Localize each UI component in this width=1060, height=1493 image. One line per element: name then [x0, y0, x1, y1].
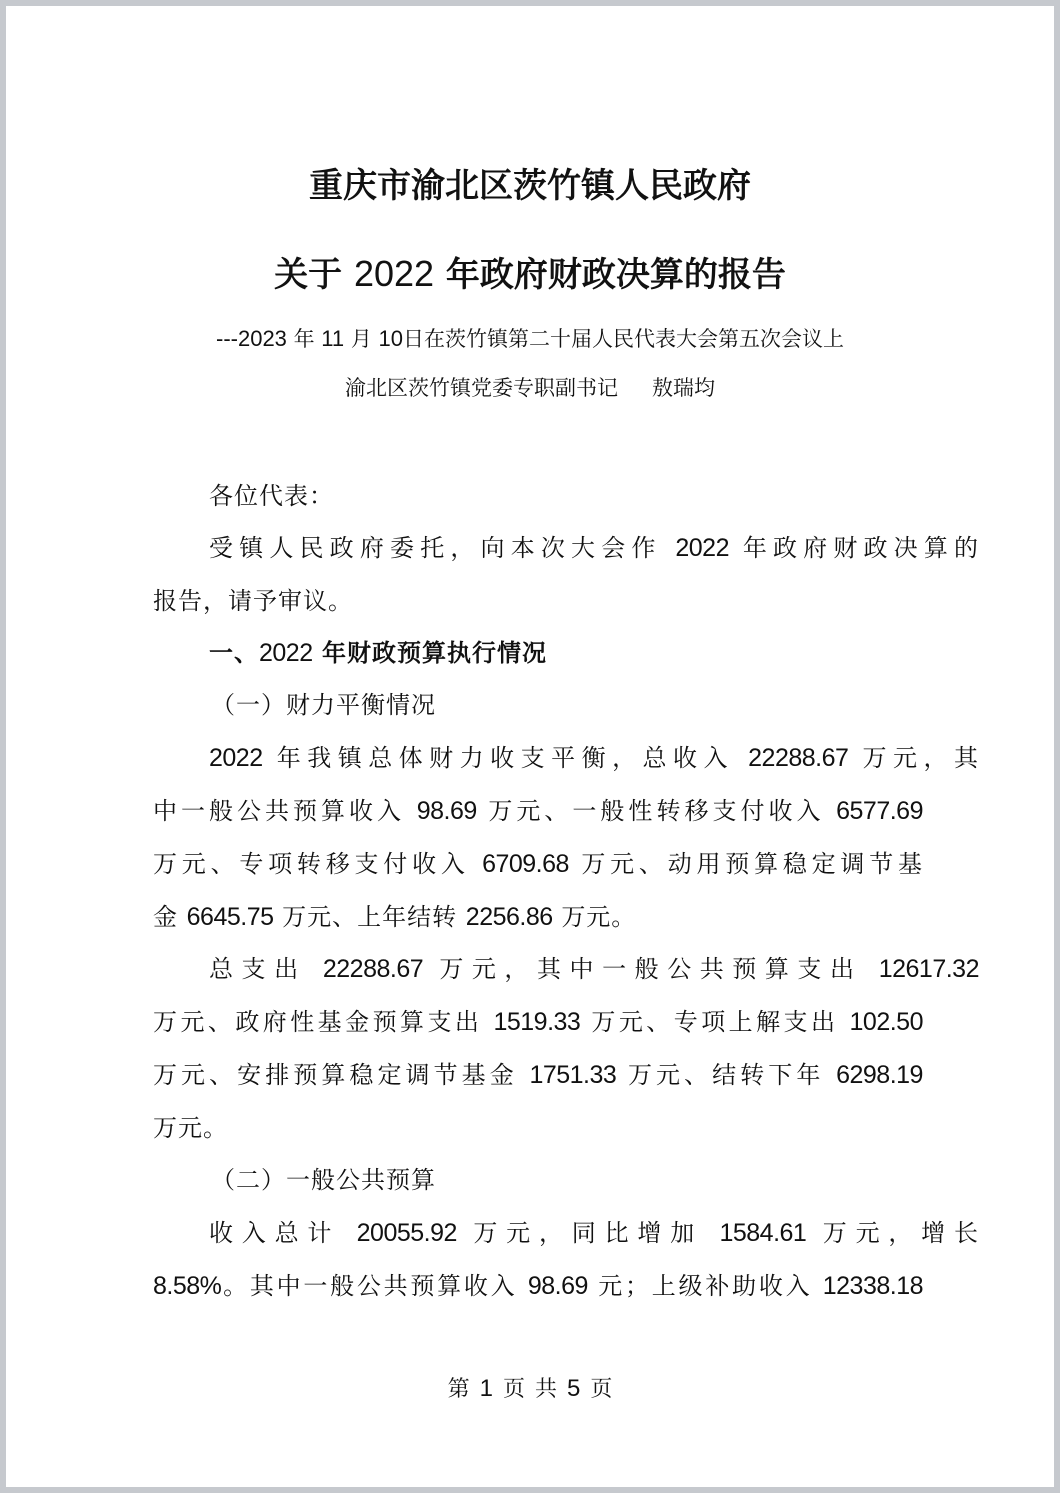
intro-line1: 受镇人民政府委托，向本次大会作 2022 年政府财政决算的 — [153, 528, 979, 563]
text: 万元，其中一般公共预算支出 — [439, 955, 862, 983]
number: 6645.75 — [187, 903, 274, 931]
number: 2022 — [259, 639, 313, 667]
number: 22288.67 — [323, 955, 423, 983]
text: 万元。 — [561, 903, 636, 931]
para2-line3: 万元、安排预算稳定调节基金 1751.33 万元、结转下年 6298.19 — [153, 1055, 923, 1090]
document-title-line2: 关于 2022 年政府财政决算的报告 — [6, 247, 1054, 296]
number: 102.50 — [850, 1008, 923, 1036]
text: 金 — [153, 903, 178, 931]
text: 万元、专项上解支出 — [591, 1008, 838, 1036]
number: 98.69 — [528, 1272, 588, 1300]
number: 12617.32 — [879, 955, 979, 983]
text: 总支出 — [209, 955, 307, 983]
text: 。其中一般公共预算收入 — [221, 1272, 517, 1300]
number: 98.69 — [417, 797, 477, 825]
page-footer: 第1页共5页 — [6, 1372, 1054, 1403]
text: 年我镇总体财力收支平衡，总收入 — [277, 744, 734, 772]
subtitle-month: 11 — [321, 326, 344, 351]
text: 元；上级补助收入 — [598, 1272, 812, 1300]
subsection-heading-1: （一）财力平衡情况 — [153, 685, 981, 720]
salutation: 各位代表： — [153, 476, 979, 511]
footer-text: 第 — [448, 1377, 470, 1402]
text: 年政府财政决算的 — [743, 534, 979, 562]
para1-line4: 金 6645.75 万元、上年结转 2256.86 万元。 — [153, 897, 923, 932]
text: 年财政预算执行情况 — [322, 639, 547, 667]
speaker-role: 渝北区茨竹镇党委专职副书记 — [345, 376, 618, 400]
subtitle-meeting: ---2023 年 11 月 10日在茨竹镇第二十届人民代表大会第五次会议上 — [6, 323, 1054, 353]
number: 20055.92 — [357, 1219, 457, 1247]
text: 万元、结转下年 — [628, 1061, 824, 1089]
subsection-heading-2: （二）一般公共预算 — [153, 1160, 981, 1195]
text: 万元，增长 — [823, 1219, 979, 1247]
number: 8.58% — [153, 1272, 221, 1300]
para1-line1: 2022 年我镇总体财力收支平衡，总收入 22288.67 万元，其 — [153, 738, 979, 773]
title-year: 2022 — [354, 253, 434, 294]
current-page-number: 1 — [480, 1375, 493, 1402]
footer-text: 页 — [590, 1377, 612, 1402]
para1-line2: 中一般公共预算收入 98.69 万元、一般性转移支付收入 6577.69 — [153, 791, 923, 826]
text: 万元，同比增加 — [473, 1219, 703, 1247]
document-title-line1: 重庆市渝北区茨竹镇人民政府 — [6, 158, 1054, 207]
title-prefix: 关于 — [274, 255, 342, 295]
subtitle-day: 10 — [379, 326, 403, 351]
text: 一、 — [209, 639, 259, 667]
title-suffix: 年政府财政决算的报告 — [446, 255, 786, 295]
text: 万元、专项转移支付收入 — [153, 850, 470, 878]
text: 中一般公共预算收入 — [153, 797, 405, 825]
para1-line3: 万元、专项转移支付收入 6709.68 万元、动用预算稳定调节基 — [153, 844, 923, 879]
number: 6298.19 — [836, 1061, 923, 1089]
document-page: 重庆市渝北区茨竹镇人民政府 关于 2022 年政府财政决算的报告 ---2023… — [6, 6, 1054, 1487]
footer-text: 页 — [503, 1377, 525, 1402]
number: 2022 — [675, 534, 729, 562]
number: 1751.33 — [529, 1061, 616, 1089]
text: 万元、一般性转移支付收入 — [488, 797, 824, 825]
number: 1584.61 — [719, 1219, 806, 1247]
text: 万元，其 — [863, 744, 979, 772]
subtitle-text: 年 — [294, 327, 315, 351]
intro-line2: 报告，请予审议。 — [153, 581, 923, 616]
number: 22288.67 — [748, 744, 848, 772]
para3-line1: 收入总计 20055.92 万元，同比增加 1584.61 万元，增长 — [153, 1213, 979, 1248]
number: 6577.69 — [836, 797, 923, 825]
subtitle-year: ---2023 — [216, 326, 287, 351]
number: 2256.86 — [466, 903, 553, 931]
subtitle-text: 日在茨竹镇第二十届人民代表大会第五次会议上 — [403, 327, 844, 351]
para3-line2: 8.58%。其中一般公共预算收入 98.69 元；上级补助收入 12338.18 — [153, 1266, 923, 1301]
text: 万元、安排预算稳定调节基金 — [153, 1061, 518, 1089]
text: 受镇人民政府委托，向本次大会作 — [209, 534, 662, 562]
footer-text: 共 — [535, 1377, 557, 1402]
speaker-name: 敖瑞均 — [652, 376, 715, 400]
total-pages-number: 5 — [567, 1375, 580, 1402]
number: 6709.68 — [482, 850, 569, 878]
number: 2022 — [209, 744, 263, 772]
text: 万元、上年结转 — [282, 903, 457, 931]
para2-line2: 万元、政府性基金预算支出 1519.33 万元、专项上解支出 102.50 — [153, 1002, 923, 1037]
subtitle-text: 月 — [351, 327, 372, 351]
text: 收入总计 — [209, 1219, 340, 1247]
subtitle-speaker: 渝北区茨竹镇党委专职副书记敖瑞均 — [6, 372, 1054, 402]
text: 万元、动用预算稳定调节基 — [581, 850, 923, 878]
section-heading-1: 一、2022 年财政预算执行情况 — [153, 633, 979, 668]
para2-line4: 万元。 — [153, 1108, 923, 1143]
number: 1519.33 — [493, 1008, 580, 1036]
number: 12338.18 — [823, 1272, 923, 1300]
para2-line1: 总支出 22288.67 万元，其中一般公共预算支出 12617.32 — [153, 949, 979, 984]
text: 万元、政府性基金预算支出 — [153, 1008, 482, 1036]
